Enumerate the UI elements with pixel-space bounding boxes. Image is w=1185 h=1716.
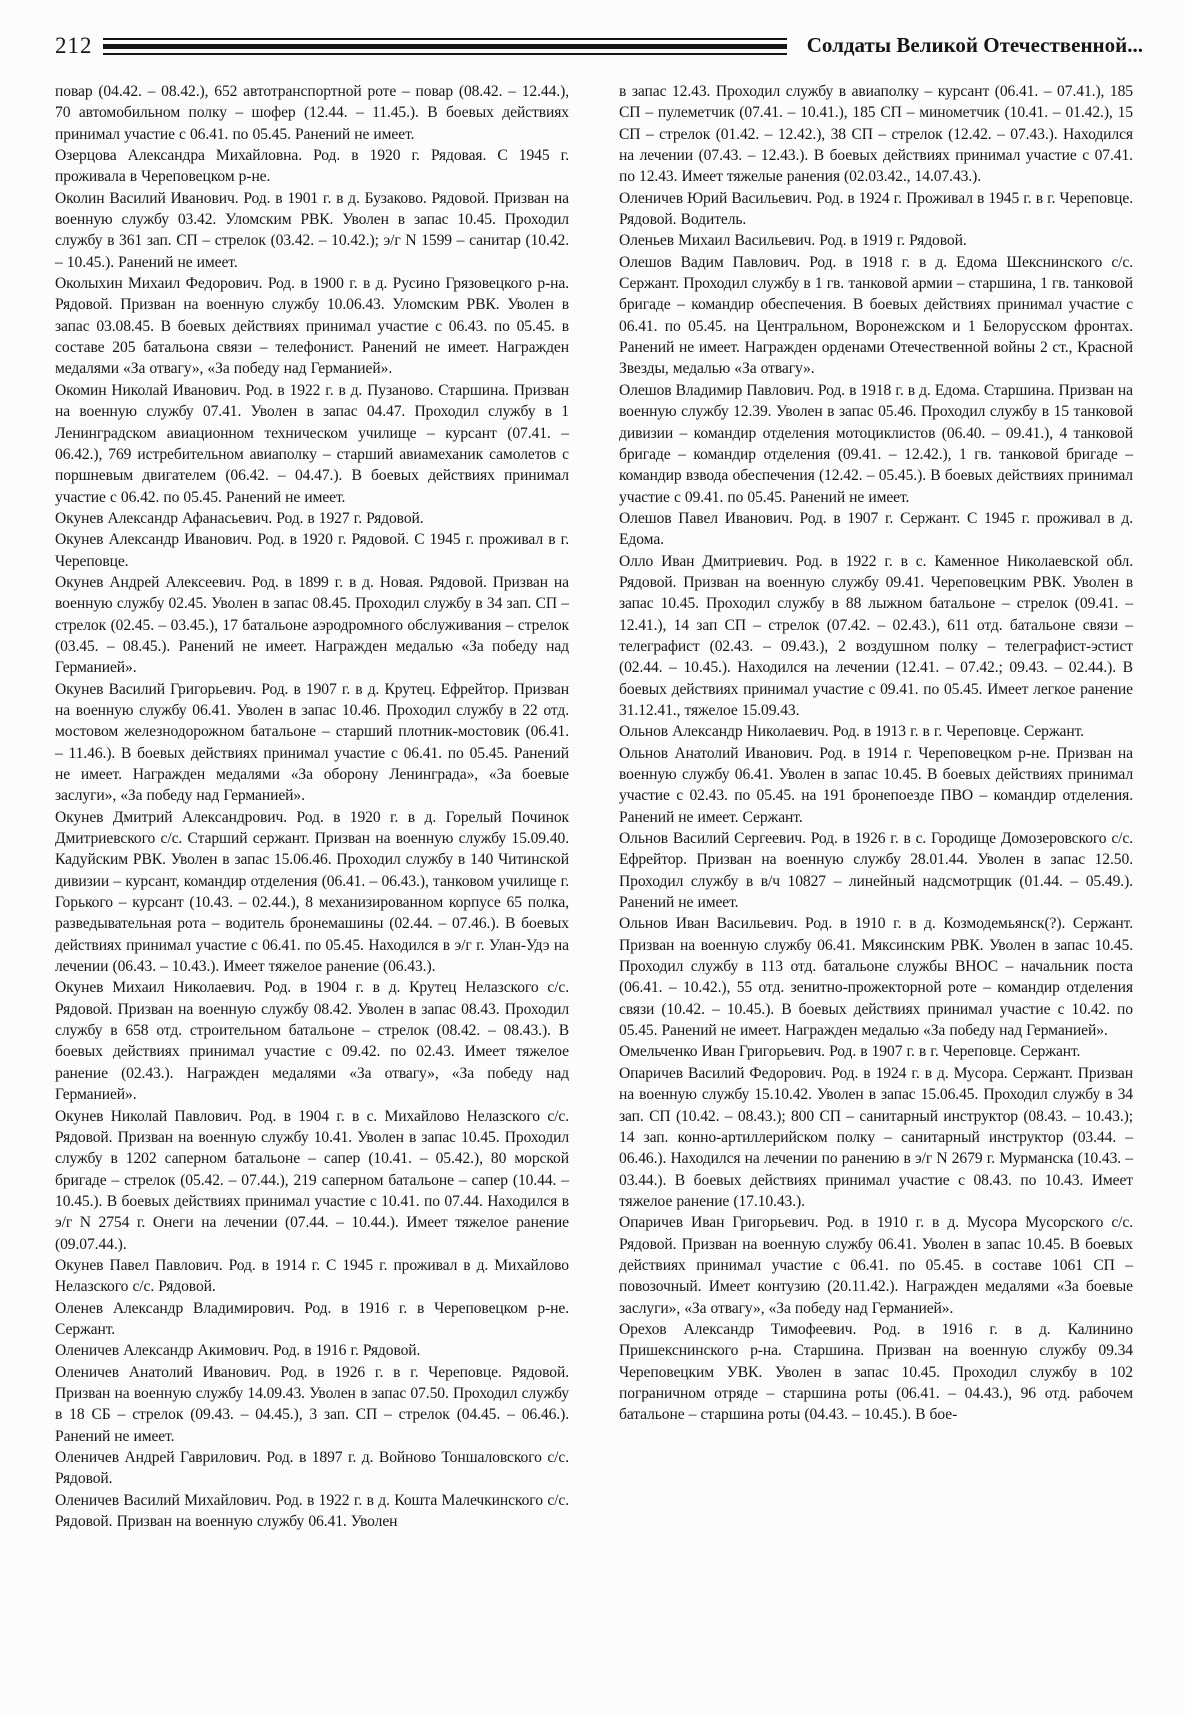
entry-paragraph: Орехов Александр Тимофеевич. Род. в 1916… xyxy=(619,1319,1133,1426)
entry-paragraph: Опаричев Иван Григорьевич. Род. в 1910 г… xyxy=(619,1212,1133,1319)
entry-paragraph: Олло Иван Дмитриевич. Род. в 1922 г. в с… xyxy=(619,551,1133,722)
entry-paragraph: Олешов Вадим Павлович. Род. в 1918 г. в … xyxy=(619,252,1133,380)
entry-paragraph: Окунев Михаил Николаевич. Род. в 1904 г.… xyxy=(55,977,569,1105)
entry-paragraph: Ольнов Василий Сергеевич. Род. в 1926 г.… xyxy=(619,828,1133,913)
entry-paragraph: Окунев Андрей Алексеевич. Род. в 1899 г.… xyxy=(55,572,569,679)
entry-paragraph: Олешов Павел Иванович. Род. в 1907 г. Се… xyxy=(619,508,1133,551)
entry-paragraph: Омельченко Иван Григорьевич. Род. в 1907… xyxy=(619,1041,1133,1062)
entry-paragraph: Оленев Александр Владимирович. Род. в 19… xyxy=(55,1298,569,1341)
entry-paragraph: Околин Василий Иванович. Род. в 1901 г. … xyxy=(55,188,569,273)
entry-paragraph: Оленичев Юрий Васильевич. Род. в 1924 г.… xyxy=(619,188,1133,231)
page-header: 212 Солдаты Великой Отечественной... xyxy=(0,0,1185,57)
entry-paragraph: Озерцова Александра Михайловна. Род. в 1… xyxy=(55,145,569,188)
entry-paragraph: Окунев Павел Павлович. Род. в 1914 г. С … xyxy=(55,1255,569,1298)
header-rule xyxy=(103,38,787,55)
left-column: повар (04.42. – 08.42.), 652 автотранспо… xyxy=(55,81,569,1677)
entry-paragraph: Оленьев Михаил Васильевич. Род. в 1919 г… xyxy=(619,230,1133,251)
entry-paragraph: Оленичев Андрей Гаврилович. Род. в 1897 … xyxy=(55,1447,569,1490)
entry-paragraph: повар (04.42. – 08.42.), 652 автотранспо… xyxy=(55,81,569,145)
running-title: Солдаты Великой Отечественной... xyxy=(807,35,1143,56)
entry-paragraph: в запас 12.43. Проходил службу в авиапол… xyxy=(619,81,1133,188)
entry-paragraph: Оленичев Василий Михайлович. Род. в 1922… xyxy=(55,1490,569,1533)
entry-paragraph: Окунев Александр Афанасьевич. Род. в 192… xyxy=(55,508,569,529)
entry-paragraph: Ольнов Иван Васильевич. Род. в 1910 г. в… xyxy=(619,913,1133,1041)
book-page: 212 Солдаты Великой Отечественной... пов… xyxy=(0,0,1185,1716)
right-column: в запас 12.43. Проходил службу в авиапол… xyxy=(619,81,1133,1677)
header-rule-bar xyxy=(103,44,787,49)
entry-paragraph: Олешов Владимир Павлович. Род. в 1918 г.… xyxy=(619,380,1133,508)
entry-paragraph: Окунев Василий Григорьевич. Род. в 1907 … xyxy=(55,679,569,807)
entry-paragraph: Окунев Александр Иванович. Род. в 1920 г… xyxy=(55,529,569,572)
text-columns: повар (04.42. – 08.42.), 652 автотранспо… xyxy=(0,57,1185,1677)
entry-paragraph: Окомин Николай Иванович. Род. в 1922 г. … xyxy=(55,380,569,508)
entry-paragraph: Ольнов Александр Николаевич. Род. в 1913… xyxy=(619,721,1133,742)
entry-paragraph: Оленичев Анатолий Иванович. Род. в 1926 … xyxy=(55,1362,569,1447)
entry-paragraph: Околыхин Михаил Федорович. Род. в 1900 г… xyxy=(55,273,569,380)
entry-paragraph: Опаричев Василий Федорович. Род. в 1924 … xyxy=(619,1063,1133,1212)
entry-paragraph: Ольнов Анатолий Иванович. Род. в 1914 г.… xyxy=(619,743,1133,828)
entry-paragraph: Окунев Дмитрий Александрович. Род. в 192… xyxy=(55,807,569,978)
entry-paragraph: Оленичев Александр Акимович. Род. в 1916… xyxy=(55,1340,569,1361)
entry-paragraph: Окунев Николай Павлович. Род. в 1904 г. … xyxy=(55,1106,569,1255)
page-number: 212 xyxy=(55,34,93,57)
